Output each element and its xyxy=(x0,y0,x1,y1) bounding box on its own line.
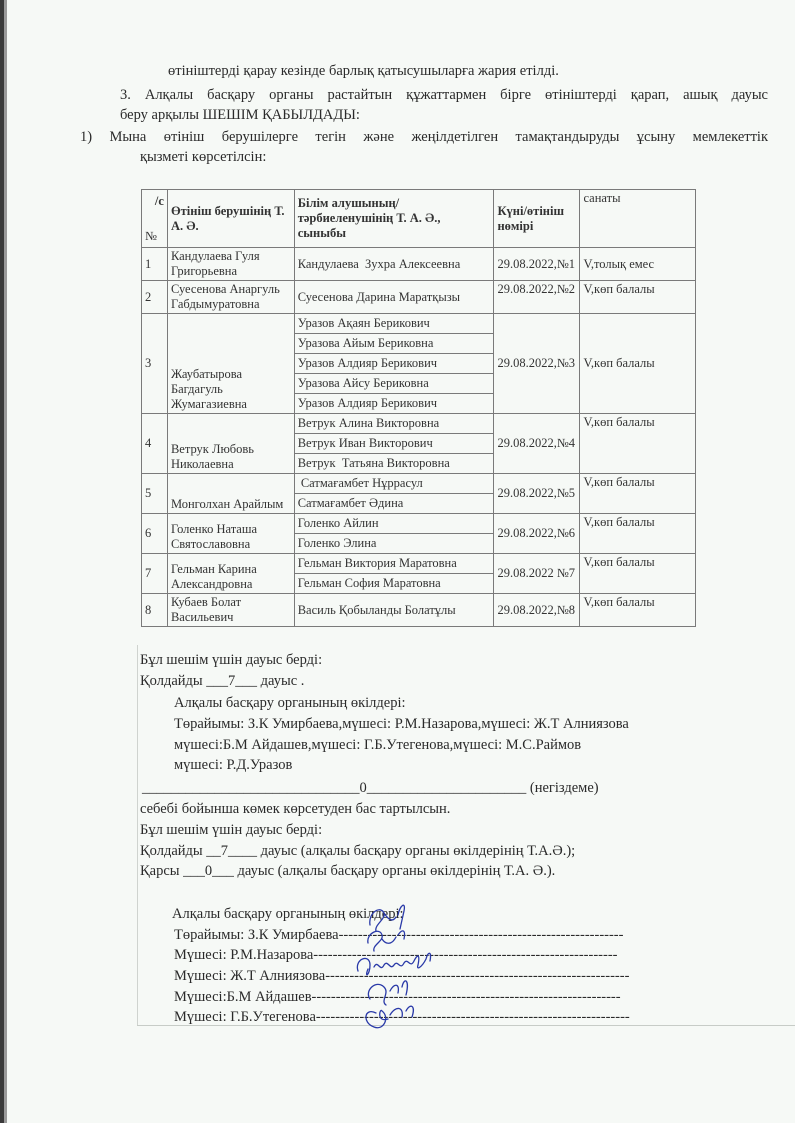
application-date: 29.08.2022,№8 xyxy=(494,594,580,627)
table-row: 7Гельман Карина АлександровнаГельман Вик… xyxy=(142,554,696,574)
table-row: 3Жаубатырова Багдагуль ЖумагазиевнаУразо… xyxy=(142,314,696,334)
reps-line-2: мүшесі:Б.М Айдашев,мүшесі: Г.Б.Утегенова… xyxy=(174,736,581,754)
item1-line-2: қызметі көрсетілсін: xyxy=(140,148,266,166)
category: V,көп балалы xyxy=(580,474,696,514)
refusal-line-3: Бұл шешім үшін дауыс берді: xyxy=(140,821,322,839)
table-row: 5Монголхан Арайлым Сатмағамбет Нұррасул2… xyxy=(142,474,696,494)
header-num: /с № xyxy=(142,190,168,248)
student-name: Гельман София Маратовна xyxy=(294,574,494,594)
header-student: Білім алушының/тәрбиеленушінің Т. А. Ә.,… xyxy=(294,190,494,248)
applicant-name: Ветрук Любовь Николаевна xyxy=(167,414,294,474)
item3-line-1: 3. Алқалы басқару органы растайтын құжат… xyxy=(120,86,768,104)
table-row: 2Суесенова Анаргуль ГабдымуратовнаСуесен… xyxy=(142,281,696,314)
signatures-title: Алқалы басқару органының өкілдері: xyxy=(172,905,404,923)
intro-line-0: өтініштерді қарау кезінде барлық қатысуш… xyxy=(168,62,559,80)
application-date: 29.08.2022,№3 xyxy=(494,314,580,414)
student-name: Уразов Алдияр Берикович xyxy=(294,354,494,374)
header-date: Күні/өтініш нөмірі xyxy=(494,190,580,248)
student-name: Уразов Ақаян Берикович xyxy=(294,314,494,334)
table-row: 6Голенко Наташа СвятославовнаГоленко Айл… xyxy=(142,514,696,534)
item3-line-2: беру арқылы ШЕШІМ ҚАБЫЛДАДЫ: xyxy=(120,106,360,124)
student-name: Голенко Элина xyxy=(294,534,494,554)
application-date: 29.08.2022,№6 xyxy=(494,514,580,554)
student-name: Кандулаева Зухра Алексеевна xyxy=(294,248,494,281)
category: V,көп балалы xyxy=(580,594,696,627)
row-number: 6 xyxy=(142,514,168,554)
table-row: 4 Ветрук Любовь НиколаевнаВетрук Алина В… xyxy=(142,414,696,434)
reps-line-1: Төрайымы: З.К Умирбаева,мүшесі: Р.М.Наза… xyxy=(174,715,629,733)
row-number: 4 xyxy=(142,414,168,474)
reps-line-3: мүшесі: Р.Д.Уразов xyxy=(174,756,292,774)
student-name: Ветрук Алина Викторовна xyxy=(294,414,494,434)
applicants-table: /с № Өтініш берушінің Т. А. Ә. Білім алу… xyxy=(141,189,696,627)
category: V,көп балалы xyxy=(580,414,696,474)
vote1-line-1: Бұл шешім үшін дауыс берді: xyxy=(140,651,322,669)
vote1-line-2: Қолдайды ___7___ дауыс . xyxy=(140,672,304,690)
applicant-name: Гельман Карина Александровна xyxy=(167,554,294,594)
signature-line: Мүшесі:Б.М Айдашев----------------------… xyxy=(174,988,621,1006)
table-row: 1Кандулаева Гуля ГригорьевнаКандулаева З… xyxy=(142,248,696,281)
scan-edge-shadow xyxy=(4,0,7,1123)
application-date: 29.08.2022,№4 xyxy=(494,414,580,474)
applicant-name: Монголхан Арайлым xyxy=(167,474,294,514)
student-name: Уразова Айсу Бериковна xyxy=(294,374,494,394)
row-number: 2 xyxy=(142,281,168,314)
row-number: 1 xyxy=(142,248,168,281)
student-name: Гельман Виктория Маратовна xyxy=(294,554,494,574)
item1-line-1: 1) Мына өтініш берушілерге тегін және же… xyxy=(80,128,768,146)
row-number: 3 xyxy=(142,314,168,414)
student-name: Сатмағамбет Нұррасул xyxy=(294,474,494,494)
table-row: 8Кубаев Болат ВасильевичВасиль Қобыланды… xyxy=(142,594,696,627)
refusal-line-4: Қолдайды __7____ дауыс (алқалы басқару о… xyxy=(140,842,575,860)
signature-line: Төрайымы: З.К Умирбаева-----------------… xyxy=(174,926,623,944)
category: V,көп балалы xyxy=(580,554,696,594)
refusal-line-5: Қарсы ___0___ дауыс (алқалы басқару орга… xyxy=(140,862,555,880)
student-name: Уразов Алдияр Берикович xyxy=(294,394,494,414)
applicant-name: Голенко Наташа Святославовна xyxy=(167,514,294,554)
row-number: 7 xyxy=(142,554,168,594)
applicant-name: Суесенова Анаргуль Габдымуратовна xyxy=(167,281,294,314)
signature-line: Мүшесі: Ж.Т Алниязова-------------------… xyxy=(174,967,629,985)
category: V,көп балалы xyxy=(580,314,696,414)
header-category: санаты xyxy=(580,190,696,248)
reps-title: Алқалы басқару органының өкілдері: xyxy=(174,694,406,712)
applicant-name: Кандулаева Гуля Григорьевна xyxy=(167,248,294,281)
category: V,көп балалы xyxy=(580,514,696,554)
signature-line: Мүшесі: Г.Б.Утегенова-------------------… xyxy=(174,1008,630,1026)
category: V,толық емес xyxy=(580,248,696,281)
refusal-line-1: ______________________________0_________… xyxy=(142,779,599,797)
signature-line: Мүшесі: Р.М.Назарова--------------------… xyxy=(174,946,617,964)
applicant-name: Кубаев Болат Васильевич xyxy=(167,594,294,627)
applicant-name: Жаубатырова Багдагуль Жумагазиевна xyxy=(167,314,294,414)
student-name: Василь Қобыланды Болатұлы xyxy=(294,594,494,627)
table-header-row: /с № Өтініш берушінің Т. А. Ә. Білім алу… xyxy=(142,190,696,248)
student-name: Сатмағамбет Әдина xyxy=(294,494,494,514)
application-date: 29.08.2022,№5 xyxy=(494,474,580,514)
row-number: 5 xyxy=(142,474,168,514)
student-name: Ветрук Иван Викторович xyxy=(294,434,494,454)
application-date: 29.08.2022 №7 xyxy=(494,554,580,594)
refusal-line-2: себебі бойынша көмек көрсетуден бас тарт… xyxy=(140,800,450,818)
row-number: 8 xyxy=(142,594,168,627)
application-date: 29.08.2022,№1 xyxy=(494,248,580,281)
student-name: Голенко Айлин xyxy=(294,514,494,534)
application-date: 29.08.2022,№2 xyxy=(494,281,580,314)
student-name: Суесенова Дарина Маратқызы xyxy=(294,281,494,314)
student-name: Ветрук Татьяна Викторовна xyxy=(294,454,494,474)
frame-line xyxy=(137,645,138,1025)
student-name: Уразова Айым Бериковна xyxy=(294,334,494,354)
category: V,көп балалы xyxy=(580,281,696,314)
header-applicant: Өтініш берушінің Т. А. Ә. xyxy=(167,190,294,248)
